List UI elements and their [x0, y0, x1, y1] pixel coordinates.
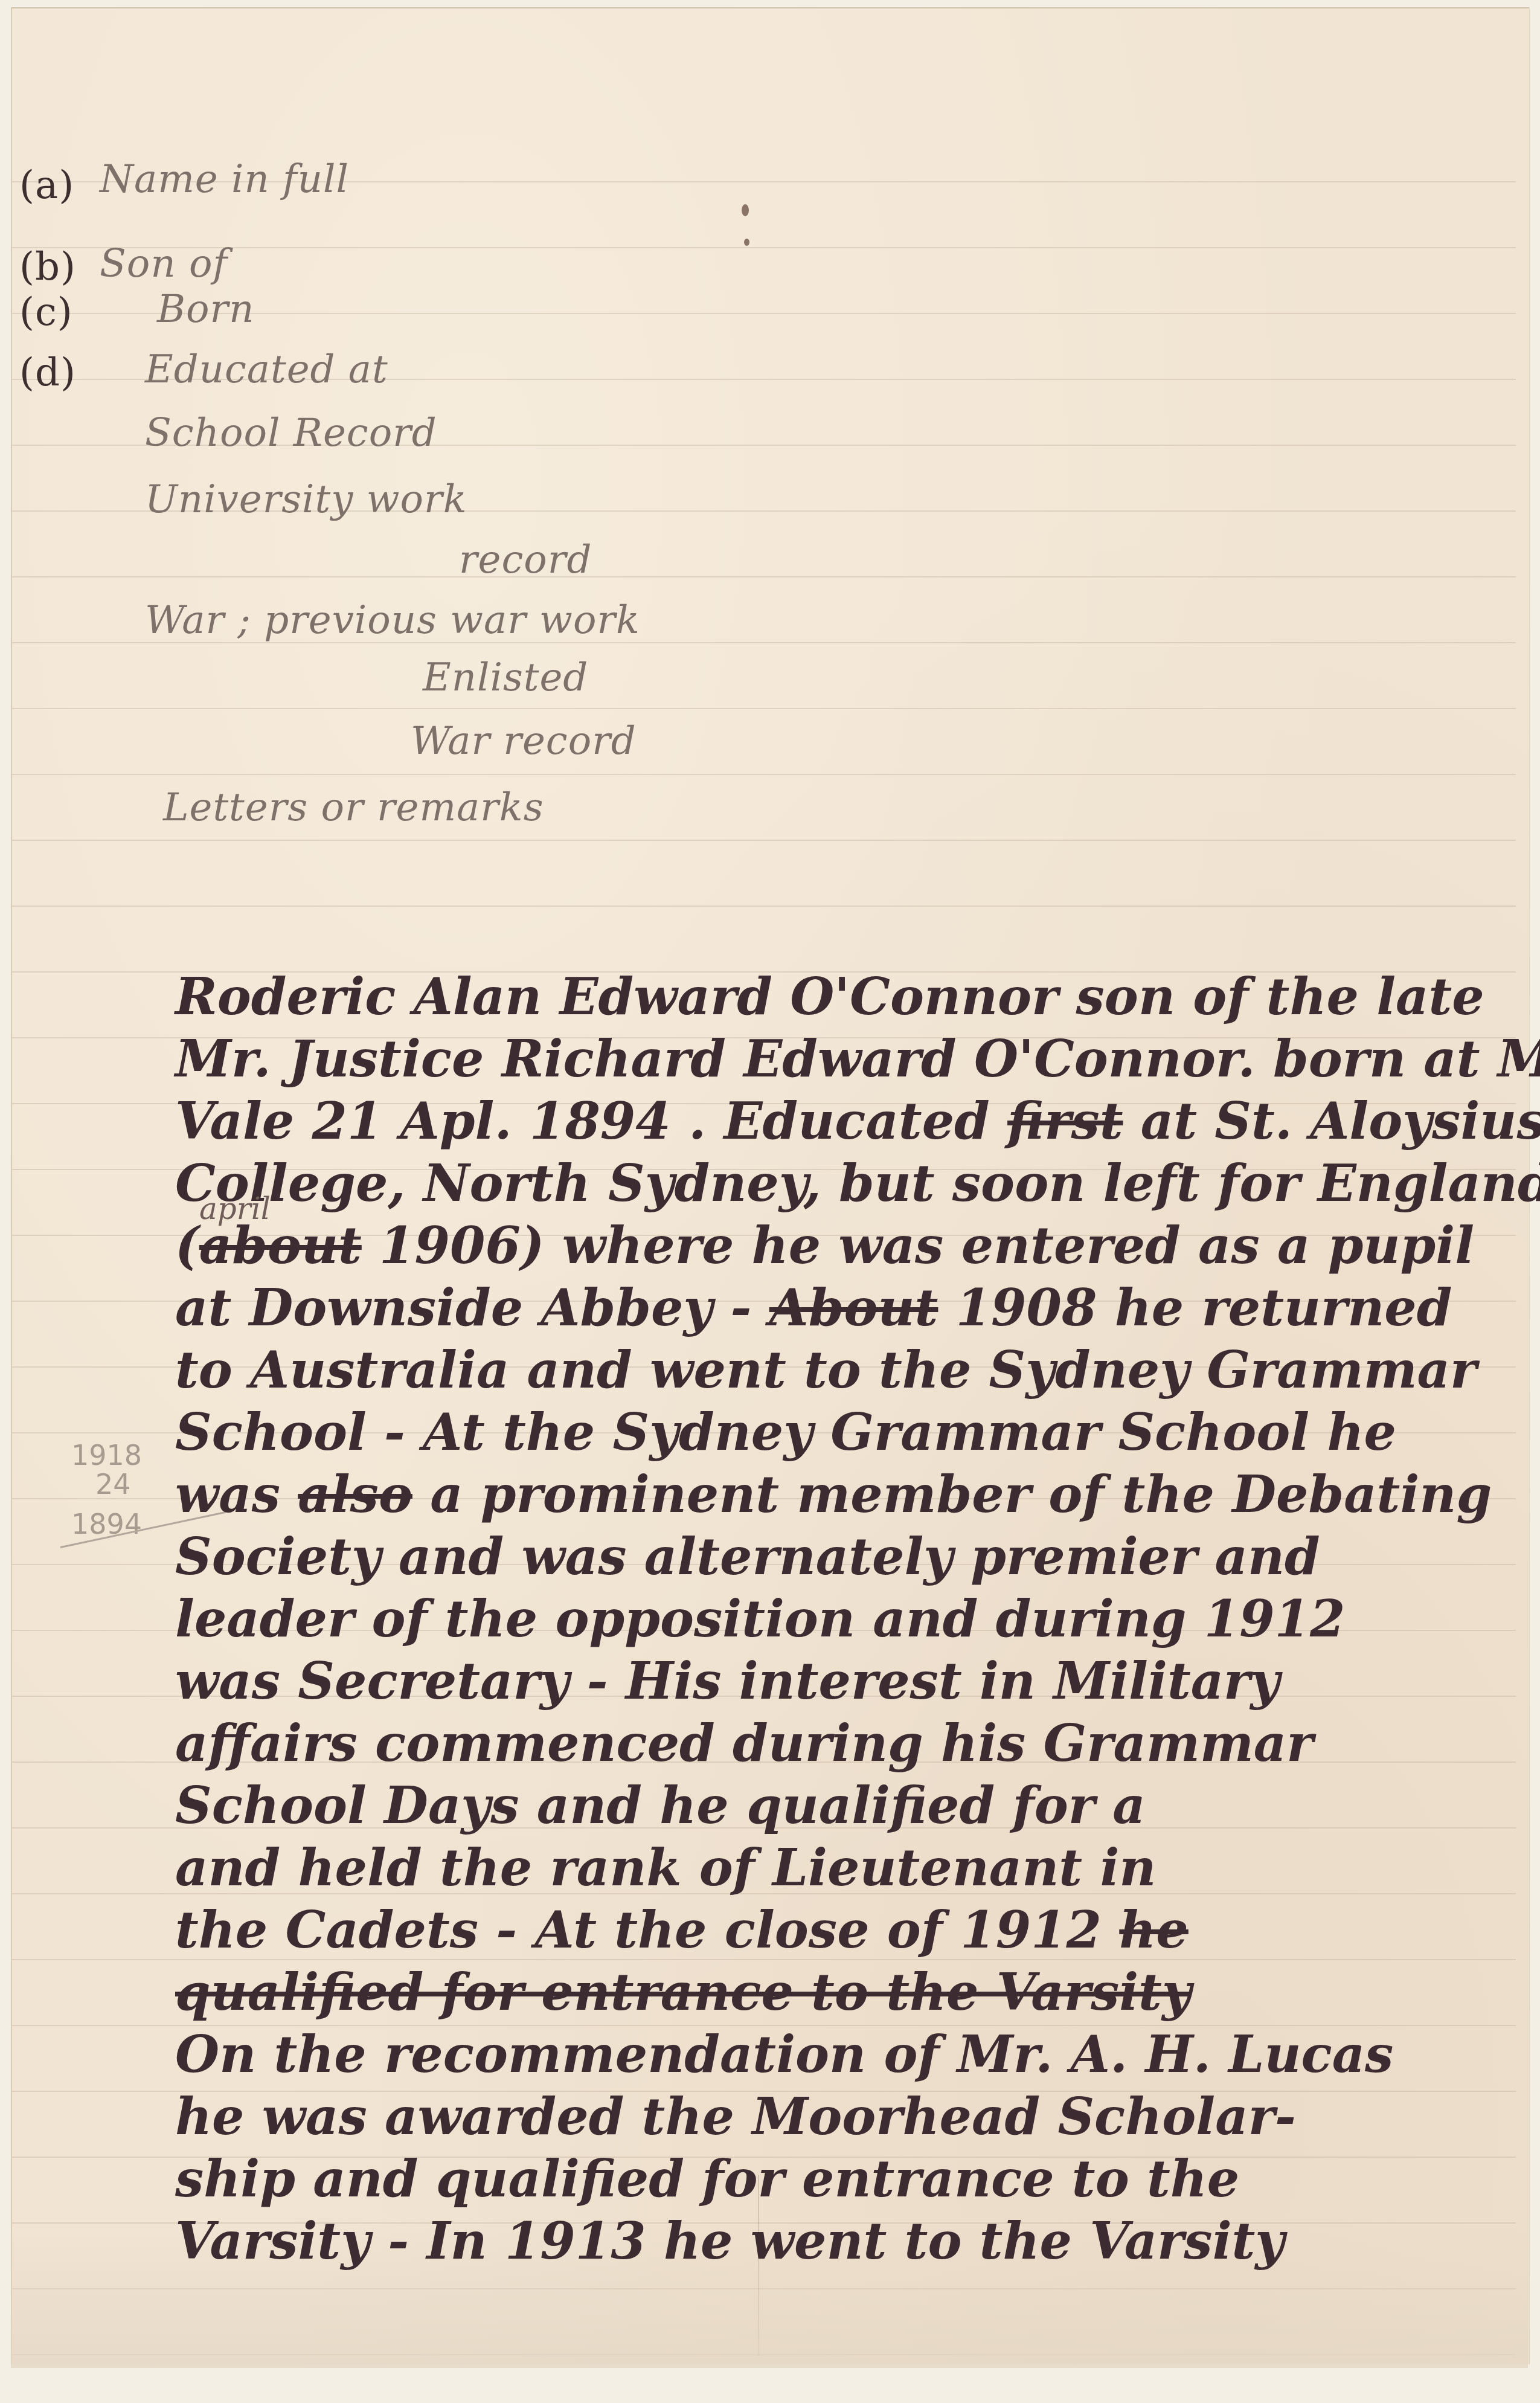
body-line: School - At the Sydney Grammar School he — [175, 1402, 1396, 1462]
margin-note-line: 1894 — [71, 1510, 142, 1539]
body-line: College, North Sydney, but soon left for… — [175, 1153, 1540, 1213]
body-line: leader of the opposition and during 1912 — [175, 1589, 1346, 1649]
body-text-segment: affairs commenced during his Grammar — [175, 1713, 1313, 1773]
body-line: at Downside Abbey - About 1908 he return… — [175, 1278, 1452, 1337]
prompt-letters-or-remarks: Letters or remarks — [163, 785, 544, 830]
body-text-segment: to Australia and went to the Sydney Gram… — [175, 1340, 1477, 1400]
body-text-segment: and held the rank of Lieutenant in — [175, 1838, 1156, 1897]
inserted-correction: april — [199, 1191, 271, 1226]
body-text-segment: ship and qualified for entrance to the — [175, 2149, 1239, 2208]
body-text-segment: Mr. Justice Richard Edward O'Connor. bor… — [175, 1029, 1540, 1089]
body-text-segment: ( — [175, 1215, 199, 1275]
body-text-segment: was Secretary - His interest in Military — [175, 1651, 1280, 1711]
body-line: the Cadets - At the close of 1912 he — [175, 1900, 1189, 1960]
prompt-educated-at: Educated at — [145, 347, 388, 392]
margin-note: 1918 24 1894 — [71, 1441, 142, 1539]
body-text-segment: the Cadets - At the close of 1912 — [175, 1900, 1119, 1960]
body-text-segment: Society and was alternately premier and — [175, 1526, 1320, 1586]
body-text-segment: College, North Sydney, but soon left for… — [175, 1153, 1540, 1213]
body-text-segment: a prominent member of the Debating — [412, 1464, 1492, 1524]
prompt-born: Born — [157, 287, 254, 332]
prompt-school-record: School Record — [145, 411, 437, 455]
body-line: Vale 21 Apl. 1894 . Educated first at St… — [175, 1091, 1540, 1151]
body-text-segment: was — [175, 1464, 298, 1524]
ruled-line — [12, 708, 1516, 709]
body-line: he was awarded the Moorhead Scholar- — [175, 2086, 1296, 2146]
ink-spot — [744, 239, 749, 246]
body-line: affairs commenced during his Grammar — [175, 1713, 1313, 1773]
struck-text: first — [1007, 1091, 1123, 1151]
body-line: ship and qualified for entrance to the — [175, 2149, 1239, 2208]
body-text-segment: at Downside Abbey - — [175, 1278, 769, 1337]
struck-text: qualified for entrance to the Varsity — [175, 1962, 1192, 2022]
ruled-line — [12, 906, 1516, 907]
body-text-segment: 1906) where he was entered as a pupil — [362, 1215, 1474, 1275]
prompt-son-of: Son of — [100, 242, 228, 286]
body-line: On the recommendation of Mr. A. H. Lucas — [175, 2024, 1393, 2084]
ruled-line — [12, 840, 1516, 841]
ink-spot — [742, 204, 749, 216]
body-text-segment: Vale 21 Apl. 1894 . Educated — [175, 1091, 1007, 1151]
prompt-enlisted: Enlisted — [423, 655, 588, 700]
body-line: and held the rank of Lieutenant in — [175, 1838, 1156, 1897]
body-line: Varsity - In 1913 he went to the Varsity — [175, 2211, 1285, 2271]
body-line: to Australia and went to the Sydney Gram… — [175, 1340, 1477, 1400]
body-line: qualified for entrance to the Varsity — [175, 1962, 1192, 2022]
body-text-segment: Varsity - In 1913 he went to the Varsity — [175, 2211, 1285, 2271]
body-text-segment: Roderic Alan Edward O'Connor son of the … — [175, 967, 1484, 1026]
struck-text: he — [1119, 1900, 1189, 1960]
ruled-line — [12, 576, 1516, 577]
body-text-segment: On the recommendation of Mr. A. H. Lucas — [175, 2024, 1393, 2084]
body-text-segment: leader of the opposition and during 1912 — [175, 1589, 1346, 1649]
prompt-marker-d: (d) — [19, 350, 76, 395]
body-text-segment: School - At the Sydney Grammar School he — [175, 1402, 1396, 1462]
prompt-marker-a: (a) — [19, 163, 74, 208]
body-text-segment: he was awarded the Moorhead Scholar- — [175, 2086, 1296, 2146]
body-line: Roderic Alan Edward O'Connor son of the … — [175, 967, 1484, 1026]
body-text-segment: 1908 he returned — [938, 1278, 1452, 1337]
body-line: School Days and he qualified for a — [175, 1775, 1146, 1835]
prompt-university-work: University work — [145, 477, 467, 522]
prompt-war-previous-work: War ; previous war work — [145, 598, 640, 643]
struck-text: About — [769, 1278, 938, 1337]
prompt-name-in-full: Name in full — [100, 157, 349, 202]
body-line: was also a prominent member of the Debat… — [175, 1464, 1492, 1524]
ruled-line — [12, 774, 1516, 775]
struck-text: also — [298, 1464, 412, 1524]
prompt-marker-c: (c) — [19, 290, 73, 335]
body-line: (about 1906) where he was entered as a p… — [175, 1215, 1474, 1275]
body-line: was Secretary - His interest in Military — [175, 1651, 1280, 1711]
prompt-war-record: War record — [411, 719, 637, 764]
margin-note-line: 1918 — [71, 1441, 142, 1470]
prompt-marker-b: (b) — [19, 245, 76, 289]
prompt-record: record — [459, 538, 592, 582]
body-line: Society and was alternately premier and — [175, 1526, 1320, 1586]
ruled-line — [12, 247, 1516, 248]
body-text-segment: School Days and he qualified for a — [175, 1775, 1146, 1835]
body-line: Mr. Justice Richard Edward O'Connor. bor… — [175, 1029, 1540, 1089]
body-text-segment: at St. Aloysius — [1123, 1091, 1540, 1151]
margin-note-line: 24 — [71, 1470, 142, 1499]
